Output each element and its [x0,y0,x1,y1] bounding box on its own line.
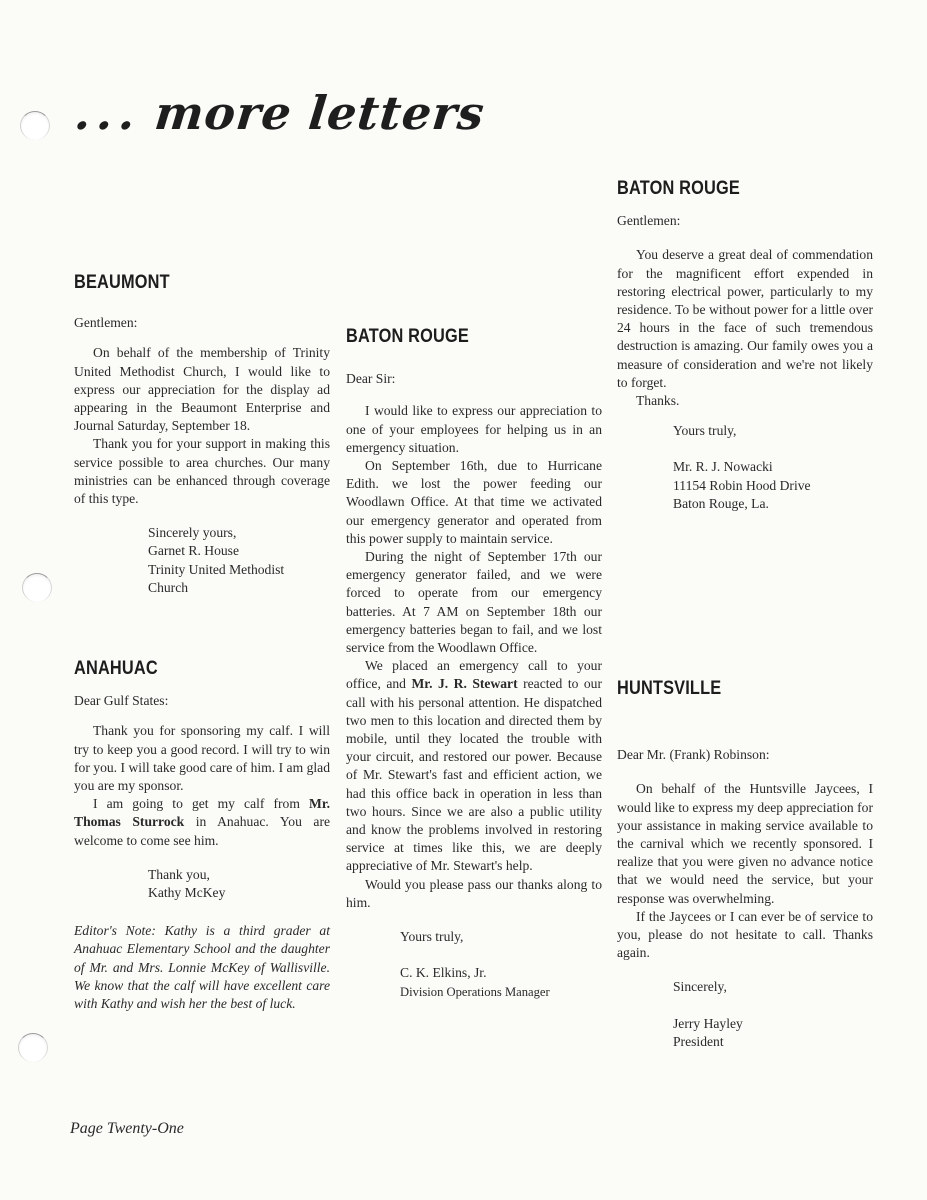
letter-paragraph: I would like to express our appreciation… [346,402,602,457]
closing-line: Yours truly, [673,422,873,440]
letter-paragraph: Thank you for sponsoring my calf. I will… [74,722,330,795]
letter-heading: BATON ROUGE [346,328,566,346]
page-title: ...more letters [72,86,487,140]
letter-baton-rouge-nowacki: BATON ROUGE Gentlemen: You deserve a gre… [617,180,873,513]
letter-salutation: Dear Mr. (Frank) Robinson: [617,746,873,764]
letter-baton-rouge-elkins: BATON ROUGE Dear Sir: I would like to ex… [346,328,602,1001]
signer-name: Mr. R. J. Nowacki [673,458,873,476]
letter-paragraph: You deserve a great deal of commendation… [617,246,873,392]
closing-line: Thank you, [148,866,330,884]
letter-paragraph: During the night of September 17th our e… [346,548,602,657]
closing-line: Sincerely yours, [148,524,330,542]
punch-hole-middle [22,573,52,602]
punch-hole-bottom [18,1033,48,1062]
letter-salutation: Gentlemen: [617,212,873,230]
signer-org: Church [148,579,330,597]
signer-title: President [673,1033,873,1051]
signer-city: Baton Rouge, La. [673,495,873,513]
signer-title: Division Operations Manager [400,983,602,1001]
letter-salutation: Dear Sir: [346,370,602,388]
letter-huntsville: HUNTSVILLE Dear Mr. (Frank) Robinson: On… [617,680,873,1051]
letter-heading: BATON ROUGE [617,180,837,198]
letter-paragraph: We placed an emergency call to your offi… [346,657,602,875]
letter-paragraph: Thanks. [617,392,873,410]
letter-closing: Thank you, Kathy McKey [148,866,330,902]
signer-address: 11154 Robin Hood Drive [673,477,873,495]
letter-paragraph: On September 16th, due to Hurricane Edit… [346,457,602,548]
letter-closing: Sincerely, Jerry Hayley President [673,978,873,1051]
signer-name: C. K. Elkins, Jr. [400,964,602,982]
letter-salutation: Dear Gulf States: [74,692,330,710]
letter-closing: Sincerely yours, Garnet R. House Trinity… [148,524,330,597]
closing-line: Sincerely, [673,978,873,996]
letter-paragraph: If the Jaycees or I can ever be of servi… [617,908,873,963]
closing-line: Yours truly, [400,928,602,946]
highlighted-name: Mr. J. R. Stewart [411,676,517,691]
page-number: Page Twenty-One [70,1120,184,1138]
letter-heading: HUNTSVILLE [617,680,837,698]
letter-paragraph: Would you please pass our thanks along t… [346,876,602,912]
signer-name: Kathy McKey [148,884,330,902]
letter-anahuac: ANAHUAC Dear Gulf States: Thank you for … [74,660,330,1013]
letter-paragraph: On behalf of the Huntsville Jaycees, I w… [617,780,873,907]
letter-beaumont: BEAUMONT Gentlemen: On behalf of the mem… [74,274,330,597]
punch-hole-top [20,111,50,140]
letter-paragraph: On behalf of the membership of Trinity U… [74,344,330,435]
paragraph-text: I am going to get my calf from [93,796,309,811]
letter-paragraph: I am going to get my calf from Mr. Thoma… [74,795,330,850]
signer-org: Trinity United Methodist [148,561,330,579]
letter-heading: BEAUMONT [74,274,294,292]
editors-note: Editor's Note: Kathy is a third grader a… [74,922,330,1013]
title-text: more letters [152,86,487,140]
letter-paragraph: Thank you for your support in making thi… [74,435,330,508]
letter-salutation: Gentlemen: [74,314,330,332]
letter-closing: Yours truly, Mr. R. J. Nowacki 11154 Rob… [673,422,873,513]
letter-heading: ANAHUAC [74,660,294,678]
signer-name: Garnet R. House [148,542,330,560]
title-ellipsis: ... [72,86,144,140]
signer-name: Jerry Hayley [673,1015,873,1033]
paragraph-text: reacted to our call with his personal at… [346,676,602,873]
letter-closing: Yours truly, C. K. Elkins, Jr. Division … [400,928,602,1001]
